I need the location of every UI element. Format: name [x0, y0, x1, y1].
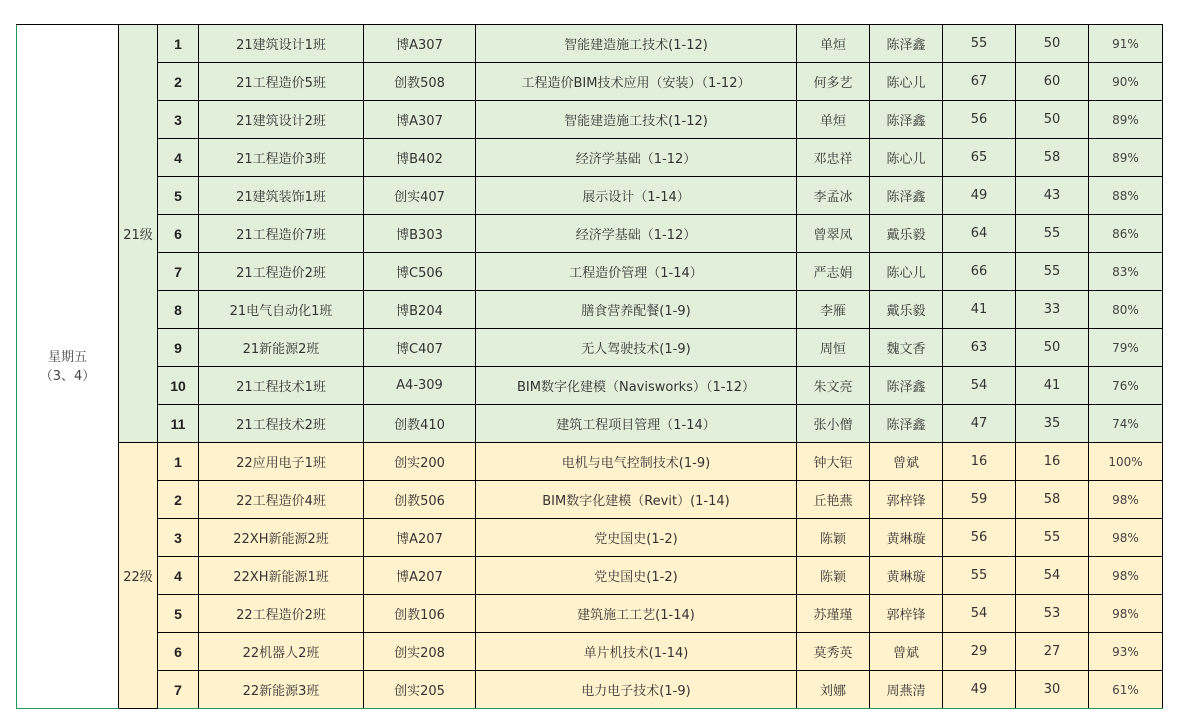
table-row: 222工程造价4班创教506BIM数字化建模（Revit）(1-14)丘艳燕郭梓…: [17, 481, 1163, 519]
classroom: 创实208: [364, 633, 476, 671]
classroom: 创教106: [364, 595, 476, 633]
teacher-name: 张小僧: [797, 405, 870, 443]
table-row: 521建筑装饰1班创实407展示设计（1-14）李孟冰陈泽鑫494388%: [17, 177, 1163, 215]
class-name: 21建筑设计2班: [199, 101, 364, 139]
table-row: 621工程造价7班博B303经济学基础（1-12）曾翠凤戴乐毅645586%: [17, 215, 1163, 253]
teacher-name: 李孟冰: [797, 177, 870, 215]
class-name: 21新能源2班: [199, 329, 364, 367]
classroom: 博A207: [364, 557, 476, 595]
classroom: 博B303: [364, 215, 476, 253]
course-name: BIM数字化建模（Revit）(1-14): [476, 481, 797, 519]
class-name: 21工程技术2班: [199, 405, 364, 443]
counselor-name: 戴乐毅: [870, 291, 943, 329]
course-name: 电机与电气控制技术(1-9): [476, 443, 797, 481]
teacher-name: 陈颖: [797, 557, 870, 595]
classroom: 创实205: [364, 671, 476, 709]
counselor-name: 陈心儿: [870, 63, 943, 101]
table-row: 421工程造价3班博B402经济学基础（1-12）邓忠祥陈心儿655889%: [17, 139, 1163, 177]
course-name: BIM数字化建模（Navisworks）（1-12）: [476, 367, 797, 405]
table-row: 22级122应用电子1班创实200电机与电气控制技术(1-9)钟大钜曾斌1616…: [17, 443, 1163, 481]
classroom: 博C407: [364, 329, 476, 367]
attendance-rate: 89%: [1089, 139, 1163, 177]
course-name: 电力电子技术(1-9): [476, 671, 797, 709]
teacher-name: 丘艳燕: [797, 481, 870, 519]
class-name: 21工程技术1班: [199, 367, 364, 405]
class-name: 21建筑装饰1班: [199, 177, 364, 215]
row-number: 3: [158, 519, 199, 557]
table-row: 322XH新能源2班博A207党史国史(1-2)陈颖黄琳璇565598%: [17, 519, 1163, 557]
actual-count: 41: [1016, 367, 1089, 405]
class-name: 22工程造价4班: [199, 481, 364, 519]
row-number: 10: [158, 367, 199, 405]
classroom: 博A307: [364, 101, 476, 139]
attendance-rate: 98%: [1089, 595, 1163, 633]
teacher-name: 曾翠凤: [797, 215, 870, 253]
expected-count: 64: [943, 215, 1016, 253]
expected-count: 66: [943, 253, 1016, 291]
attendance-rate: 83%: [1089, 253, 1163, 291]
actual-count: 35: [1016, 405, 1089, 443]
table-row: 921新能源2班博C407无人驾驶技术(1-9)周恒魏文香635079%: [17, 329, 1163, 367]
row-number: 3: [158, 101, 199, 139]
class-name: 21电气自动化1班: [199, 291, 364, 329]
course-name: 展示设计（1-14）: [476, 177, 797, 215]
course-name: 建筑施工工艺(1-14): [476, 595, 797, 633]
class-name: 22工程造价2班: [199, 595, 364, 633]
teacher-name: 单烜: [797, 25, 870, 63]
counselor-name: 魏文香: [870, 329, 943, 367]
table-row: 422XH新能源1班博A207党史国史(1-2)陈颖黄琳璇555498%: [17, 557, 1163, 595]
attendance-rate: 86%: [1089, 215, 1163, 253]
teacher-name: 朱文亮: [797, 367, 870, 405]
actual-count: 54: [1016, 557, 1089, 595]
day-name: 星期五: [17, 348, 118, 367]
row-number: 5: [158, 177, 199, 215]
teacher-name: 邓忠祥: [797, 139, 870, 177]
expected-count: 56: [943, 101, 1016, 139]
row-number: 6: [158, 633, 199, 671]
teacher-name: 李雁: [797, 291, 870, 329]
counselor-name: 陈泽鑫: [870, 25, 943, 63]
row-number: 5: [158, 595, 199, 633]
table-row: 622机器人2班创实208单片机技术(1-14)莫秀英曾斌292793%: [17, 633, 1163, 671]
expected-count: 67: [943, 63, 1016, 101]
attendance-rate: 98%: [1089, 557, 1163, 595]
grade-cell: 21级: [119, 25, 158, 443]
attendance-table: 星期五（3、4）21级121建筑设计1班博A307智能建造施工技术(1-12)单…: [16, 24, 1163, 709]
expected-count: 63: [943, 329, 1016, 367]
attendance-rate: 98%: [1089, 481, 1163, 519]
course-name: 经济学基础（1-12）: [476, 139, 797, 177]
expected-count: 55: [943, 25, 1016, 63]
row-number: 4: [158, 557, 199, 595]
expected-count: 65: [943, 139, 1016, 177]
actual-count: 50: [1016, 329, 1089, 367]
classroom: 创教508: [364, 63, 476, 101]
actual-count: 58: [1016, 139, 1089, 177]
table-row: 1121工程技术2班创教410建筑工程项目管理（1-14）张小僧陈泽鑫47357…: [17, 405, 1163, 443]
attendance-rate: 100%: [1089, 443, 1163, 481]
counselor-name: 陈泽鑫: [870, 101, 943, 139]
expected-count: 54: [943, 367, 1016, 405]
attendance-rate: 98%: [1089, 519, 1163, 557]
actual-count: 58: [1016, 481, 1089, 519]
teacher-name: 严志娟: [797, 253, 870, 291]
class-name: 22应用电子1班: [199, 443, 364, 481]
counselor-name: 陈心儿: [870, 139, 943, 177]
counselor-name: 陈泽鑫: [870, 177, 943, 215]
row-number: 2: [158, 481, 199, 519]
classroom: A4-309: [364, 367, 476, 405]
actual-count: 55: [1016, 519, 1089, 557]
course-name: 建筑工程项目管理（1-14）: [476, 405, 797, 443]
table-row: 722新能源3班创实205电力电子技术(1-9)刘娜周燕清493061%: [17, 671, 1163, 709]
table-row: 1021工程技术1班A4-309BIM数字化建模（Navisworks）（1-1…: [17, 367, 1163, 405]
course-name: 党史国史(1-2): [476, 557, 797, 595]
course-name: 工程造价管理（1-14）: [476, 253, 797, 291]
table-row: 321建筑设计2班博A307智能建造施工技术(1-12)单烜陈泽鑫565089%: [17, 101, 1163, 139]
class-name: 21工程造价2班: [199, 253, 364, 291]
expected-count: 59: [943, 481, 1016, 519]
counselor-name: 曾斌: [870, 633, 943, 671]
counselor-name: 陈心儿: [870, 253, 943, 291]
course-name: 智能建造施工技术(1-12): [476, 101, 797, 139]
classroom: 创实407: [364, 177, 476, 215]
course-name: 无人驾驶技术(1-9): [476, 329, 797, 367]
classroom: 博B204: [364, 291, 476, 329]
course-name: 单片机技术(1-14): [476, 633, 797, 671]
attendance-rate: 93%: [1089, 633, 1163, 671]
classroom: 博A207: [364, 519, 476, 557]
classroom: 博C506: [364, 253, 476, 291]
row-number: 9: [158, 329, 199, 367]
counselor-name: 陈泽鑫: [870, 405, 943, 443]
classroom: 博B402: [364, 139, 476, 177]
actual-count: 53: [1016, 595, 1089, 633]
teacher-name: 单烜: [797, 101, 870, 139]
attendance-rate: 89%: [1089, 101, 1163, 139]
class-name: 21工程造价3班: [199, 139, 364, 177]
course-name: 智能建造施工技术(1-12): [476, 25, 797, 63]
row-number: 6: [158, 215, 199, 253]
classroom: 创实200: [364, 443, 476, 481]
actual-count: 50: [1016, 25, 1089, 63]
table-row: 星期五（3、4）21级121建筑设计1班博A307智能建造施工技术(1-12)单…: [17, 25, 1163, 63]
attendance-rate: 76%: [1089, 367, 1163, 405]
table-row: 821电气自动化1班博B204膳食营养配餐(1-9)李雁戴乐毅413380%: [17, 291, 1163, 329]
day-cell: 星期五（3、4）: [17, 25, 119, 709]
attendance-rate: 79%: [1089, 329, 1163, 367]
classroom: 博A307: [364, 25, 476, 63]
table-row: 522工程造价2班创教106建筑施工工艺(1-14)苏瑾瑾郭梓锋545398%: [17, 595, 1163, 633]
attendance-rate: 90%: [1089, 63, 1163, 101]
classroom: 创教410: [364, 405, 476, 443]
actual-count: 50: [1016, 101, 1089, 139]
teacher-name: 苏瑾瑾: [797, 595, 870, 633]
row-number: 8: [158, 291, 199, 329]
actual-count: 16: [1016, 443, 1089, 481]
counselor-name: 曾斌: [870, 443, 943, 481]
class-name: 21工程造价7班: [199, 215, 364, 253]
actual-count: 55: [1016, 253, 1089, 291]
classroom: 创教506: [364, 481, 476, 519]
counselor-name: 周燕清: [870, 671, 943, 709]
attendance-rate: 88%: [1089, 177, 1163, 215]
counselor-name: 郭梓锋: [870, 481, 943, 519]
teacher-name: 周恒: [797, 329, 870, 367]
class-name: 22XH新能源2班: [199, 519, 364, 557]
class-name: 21工程造价5班: [199, 63, 364, 101]
actual-count: 43: [1016, 177, 1089, 215]
expected-count: 56: [943, 519, 1016, 557]
course-name: 经济学基础（1-12）: [476, 215, 797, 253]
expected-count: 49: [943, 177, 1016, 215]
attendance-rate: 80%: [1089, 291, 1163, 329]
counselor-name: 戴乐毅: [870, 215, 943, 253]
attendance-rate: 61%: [1089, 671, 1163, 709]
expected-count: 49: [943, 671, 1016, 709]
counselor-name: 陈泽鑫: [870, 367, 943, 405]
expected-count: 16: [943, 443, 1016, 481]
class-name: 22新能源3班: [199, 671, 364, 709]
row-number: 4: [158, 139, 199, 177]
row-number: 11: [158, 405, 199, 443]
day-periods: （3、4）: [17, 367, 118, 386]
teacher-name: 莫秀英: [797, 633, 870, 671]
class-name: 21建筑设计1班: [199, 25, 364, 63]
counselor-name: 黄琳璇: [870, 519, 943, 557]
row-number: 1: [158, 25, 199, 63]
table-row: 221工程造价5班创教508工程造价BIM技术应用（安装）（1-12）何多艺陈心…: [17, 63, 1163, 101]
course-name: 工程造价BIM技术应用（安装）（1-12）: [476, 63, 797, 101]
actual-count: 60: [1016, 63, 1089, 101]
class-name: 22机器人2班: [199, 633, 364, 671]
teacher-name: 钟大钜: [797, 443, 870, 481]
actual-count: 30: [1016, 671, 1089, 709]
attendance-rate: 91%: [1089, 25, 1163, 63]
teacher-name: 陈颖: [797, 519, 870, 557]
course-name: 膳食营养配餐(1-9): [476, 291, 797, 329]
actual-count: 33: [1016, 291, 1089, 329]
actual-count: 27: [1016, 633, 1089, 671]
teacher-name: 刘娜: [797, 671, 870, 709]
row-number: 7: [158, 253, 199, 291]
row-number: 1: [158, 443, 199, 481]
expected-count: 29: [943, 633, 1016, 671]
actual-count: 55: [1016, 215, 1089, 253]
counselor-name: 黄琳璇: [870, 557, 943, 595]
course-name: 党史国史(1-2): [476, 519, 797, 557]
row-number: 2: [158, 63, 199, 101]
table-row: 721工程造价2班博C506工程造价管理（1-14）严志娟陈心儿665583%: [17, 253, 1163, 291]
grade-cell: 22级: [119, 443, 158, 709]
attendance-rate: 74%: [1089, 405, 1163, 443]
class-name: 22XH新能源1班: [199, 557, 364, 595]
expected-count: 41: [943, 291, 1016, 329]
teacher-name: 何多艺: [797, 63, 870, 101]
expected-count: 47: [943, 405, 1016, 443]
counselor-name: 郭梓锋: [870, 595, 943, 633]
expected-count: 54: [943, 595, 1016, 633]
expected-count: 55: [943, 557, 1016, 595]
row-number: 7: [158, 671, 199, 709]
